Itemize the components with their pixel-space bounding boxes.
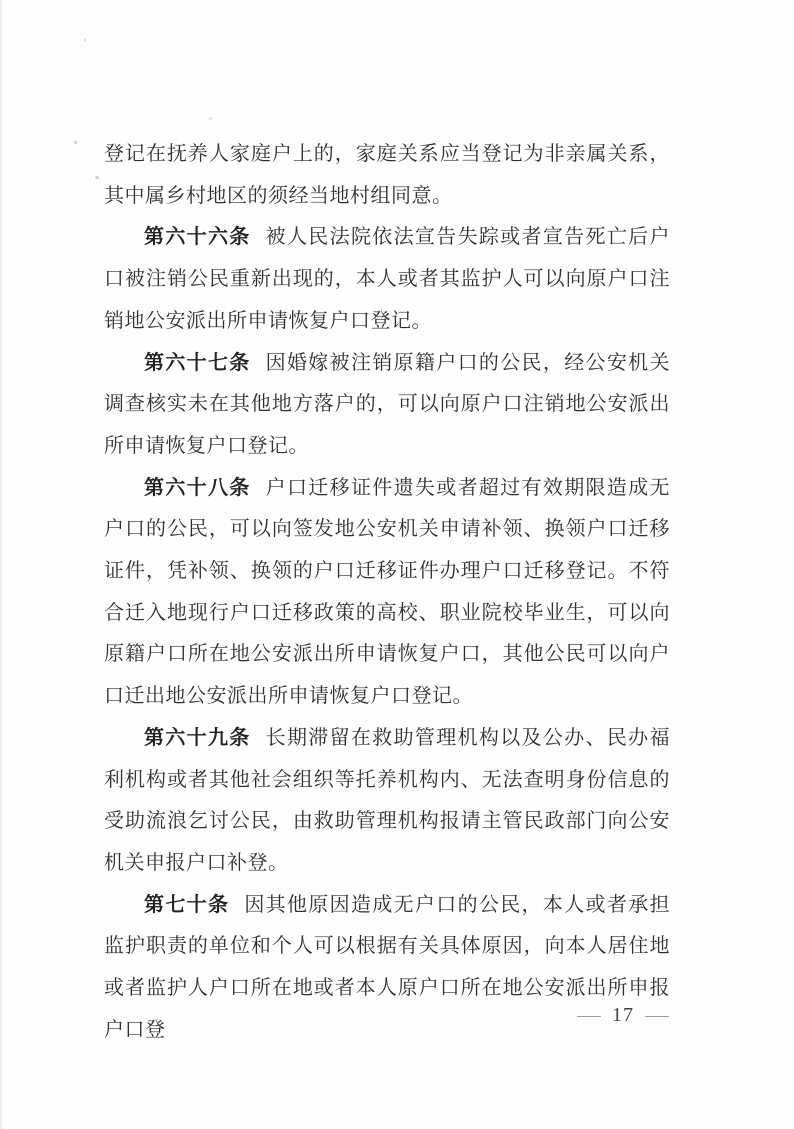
article-heading: 第六十七条 bbox=[144, 352, 251, 374]
article-heading: 第六十六条 bbox=[144, 226, 251, 248]
article-body-text: 户口迁移证件遗失或者超过有效期限造成无户口的公民，可以向签发地公安机关申请补领、… bbox=[104, 477, 670, 708]
article-heading: 第七十条 bbox=[144, 894, 229, 916]
footer-dash-right: — bbox=[645, 1005, 668, 1026]
article-paragraph-67: 第六十七条因婚嫁被注销原籍户口的公民，经公安机关调查核实未在其他地方落户的，可以… bbox=[104, 343, 670, 468]
scan-speckle bbox=[84, 39, 86, 41]
article-paragraph-68: 第六十八条户口迁移证件遗失或者超过有效期限造成无户口的公民，可以向签发地公安机关… bbox=[104, 468, 670, 718]
footer-dash-left: — bbox=[577, 1005, 600, 1026]
article-paragraph-66: 第六十六条被人民法院依法宣告失踪或者宣告死亡后户口被注销公民重新出现的，本人或者… bbox=[104, 217, 670, 342]
scan-speckle bbox=[95, 176, 99, 179]
scan-speckle bbox=[209, 117, 212, 120]
article-paragraph-69: 第六十九条长期滞留在救助管理机构以及公办、民办福利机构或者其他社会组织等托养机构… bbox=[104, 718, 670, 885]
scan-edge-shadow bbox=[0, 0, 2, 1129]
document-text-block: 登记在抚养人家庭户上的，家庭关系应当登记为非亲属关系，其中属乡村地区的须经当地村… bbox=[104, 134, 670, 1051]
document-page: 登记在抚养人家庭户上的，家庭关系应当登记为非亲属关系，其中属乡村地区的须经当地村… bbox=[0, 0, 794, 1129]
page-number: 17 bbox=[612, 1004, 634, 1027]
article-heading: 第六十八条 bbox=[144, 477, 251, 499]
article-heading: 第六十九条 bbox=[144, 727, 251, 749]
paragraph-continuation: 登记在抚养人家庭户上的，家庭关系应当登记为非亲属关系，其中属乡村地区的须经当地村… bbox=[104, 134, 670, 217]
page-footer: — 17 — bbox=[580, 1004, 666, 1027]
paragraph-body-text: 登记在抚养人家庭户上的，家庭关系应当登记为非亲属关系，其中属乡村地区的须经当地村… bbox=[104, 143, 670, 207]
scan-speckle bbox=[74, 141, 77, 144]
